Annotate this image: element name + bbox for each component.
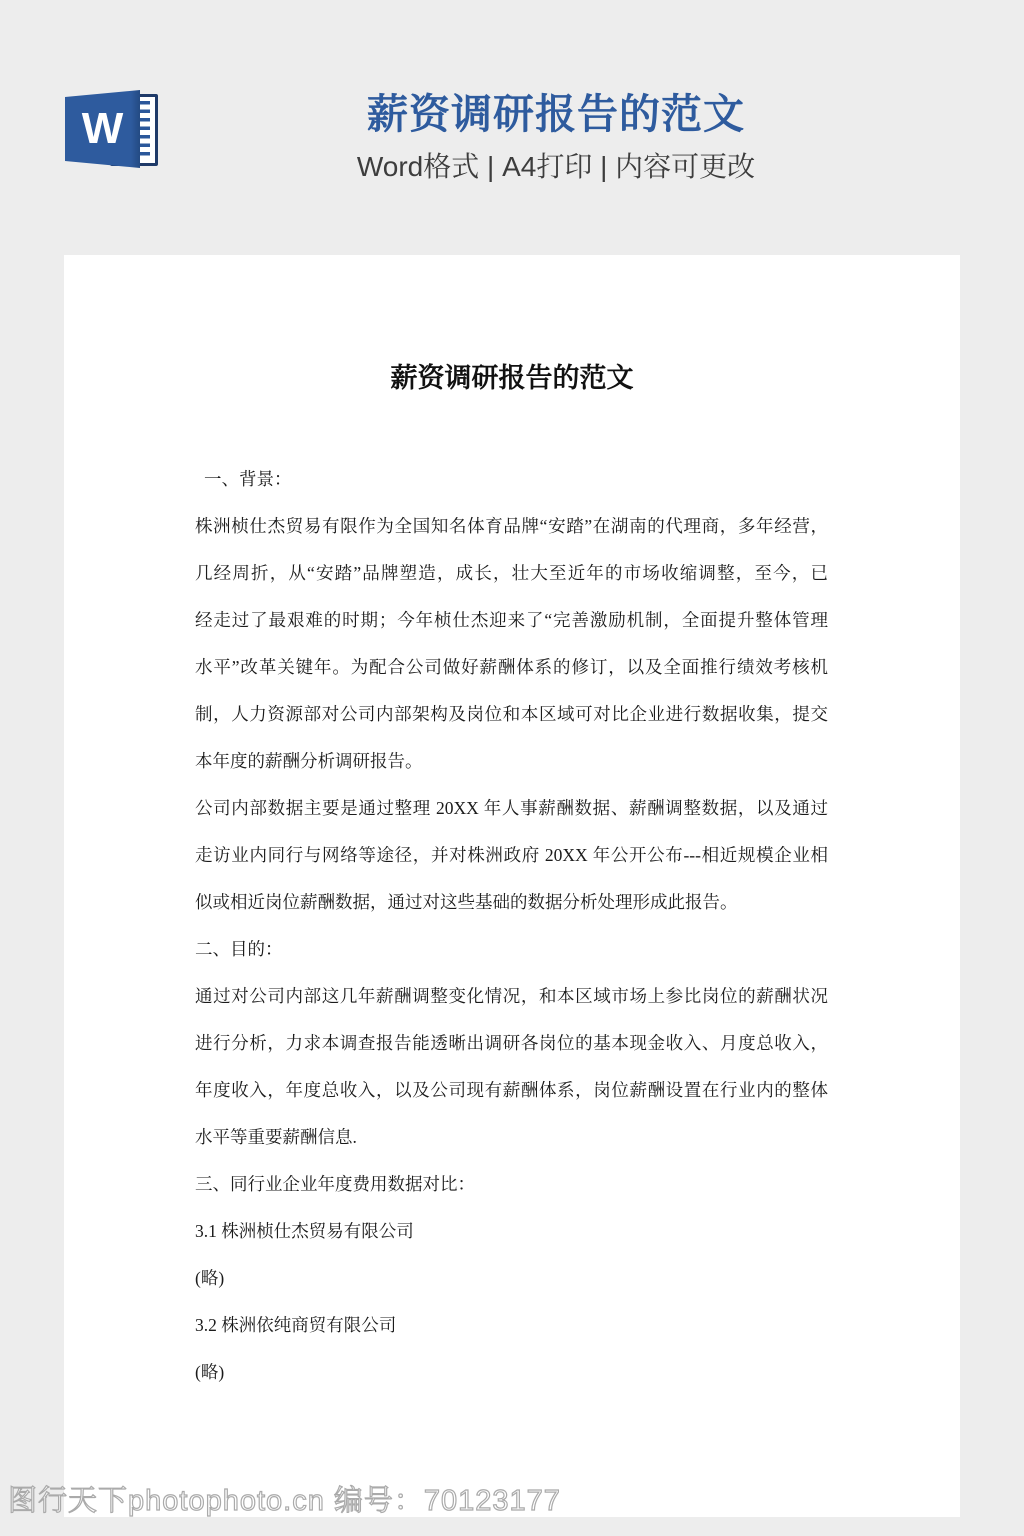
body-line: 通过对公司内部这几年薪酬调整变化情况，和本区域市场上参比岗位的薪酬状况: [195, 973, 828, 1020]
body-line: 几经周折，从“安踏”品牌塑造，成长，壮大至近年的市场收缩调整，至今，已: [195, 550, 828, 597]
body-line: 3.2 株洲依纯商贸有限公司: [195, 1302, 828, 1349]
page-root: W 薪资调研报告的范文 Word格式 | A4打印 | 内容可更改 薪资调研报告…: [0, 0, 1024, 1536]
body-line: 走访业内同行与网络等途径，并对株洲政府 20XX 年公开公布---相近规模企业相: [195, 832, 828, 879]
body-line: (略): [195, 1255, 828, 1302]
section-heading-2: 二、目的：: [195, 926, 828, 973]
section-heading-3: 三、同行业企业年度费用数据对比：: [195, 1161, 828, 1208]
document-sheet: 薪资调研报告的范文 一、背景： 株洲桢仕杰贸易有限作为全国知名体育品牌“安踏”在…: [64, 255, 960, 1517]
watermark-text: 图行天下photophoto.cn 编号：70123177: [8, 1485, 561, 1517]
body-line: 公司内部数据主要是通过整理 20XX 年人事薪酬数据、薪酬调整数据，以及通过: [195, 785, 828, 832]
banner: W 薪资调研报告的范文 Word格式 | A4打印 | 内容可更改: [0, 0, 1024, 255]
banner-title: 薪资调研报告的范文: [336, 88, 776, 140]
document-body: 一、背景： 株洲桢仕杰贸易有限作为全国知名体育品牌“安踏”在湖南的代理商，多年经…: [195, 456, 828, 1396]
banner-subtitle: Word格式 | A4打印 | 内容可更改: [336, 151, 776, 183]
body-line: 制，人力资源部对公司内部架构及岗位和本区域可对比企业进行数据收集，提交: [195, 691, 828, 738]
word-icon: W: [65, 90, 160, 168]
body-line: 水平等重要薪酬信息.: [195, 1114, 828, 1161]
body-line: 进行分析，力求本调查报告能透晰出调研各岗位的基本现金收入、月度总收入，: [195, 1020, 828, 1067]
body-line: 经走过了最艰难的时期；今年桢仕杰迎来了“完善激励机制，全面提升整体管理: [195, 597, 828, 644]
body-line: 本年度的薪酬分析调研报告。: [195, 738, 828, 785]
word-icon-letter: W: [82, 107, 124, 151]
body-line: 年度收入，年度总收入，以及公司现有薪酬体系，岗位薪酬设置在行业内的整体: [195, 1067, 828, 1114]
word-icon-panel: W: [65, 90, 140, 168]
section-heading-1: 一、背景：: [195, 456, 828, 503]
body-line: (略): [195, 1349, 828, 1396]
watermark: 图行天下photophoto.cn 编号：70123177: [8, 1484, 561, 1518]
banner-titles: 薪资调研报告的范文 Word格式 | A4打印 | 内容可更改: [336, 88, 776, 183]
body-line: 水平”改革关键年。为配合公司做好薪酬体系的修订，以及全面推行绩效考核机: [195, 644, 828, 691]
document-title: 薪资调研报告的范文: [64, 360, 960, 396]
body-line: 似或相近岗位薪酬数据，通过对这些基础的数据分析处理形成此报告。: [195, 879, 828, 926]
body-line: 3.1 株洲桢仕杰贸易有限公司: [195, 1208, 828, 1255]
body-line: 株洲桢仕杰贸易有限作为全国知名体育品牌“安踏”在湖南的代理商，多年经营，: [195, 503, 828, 550]
